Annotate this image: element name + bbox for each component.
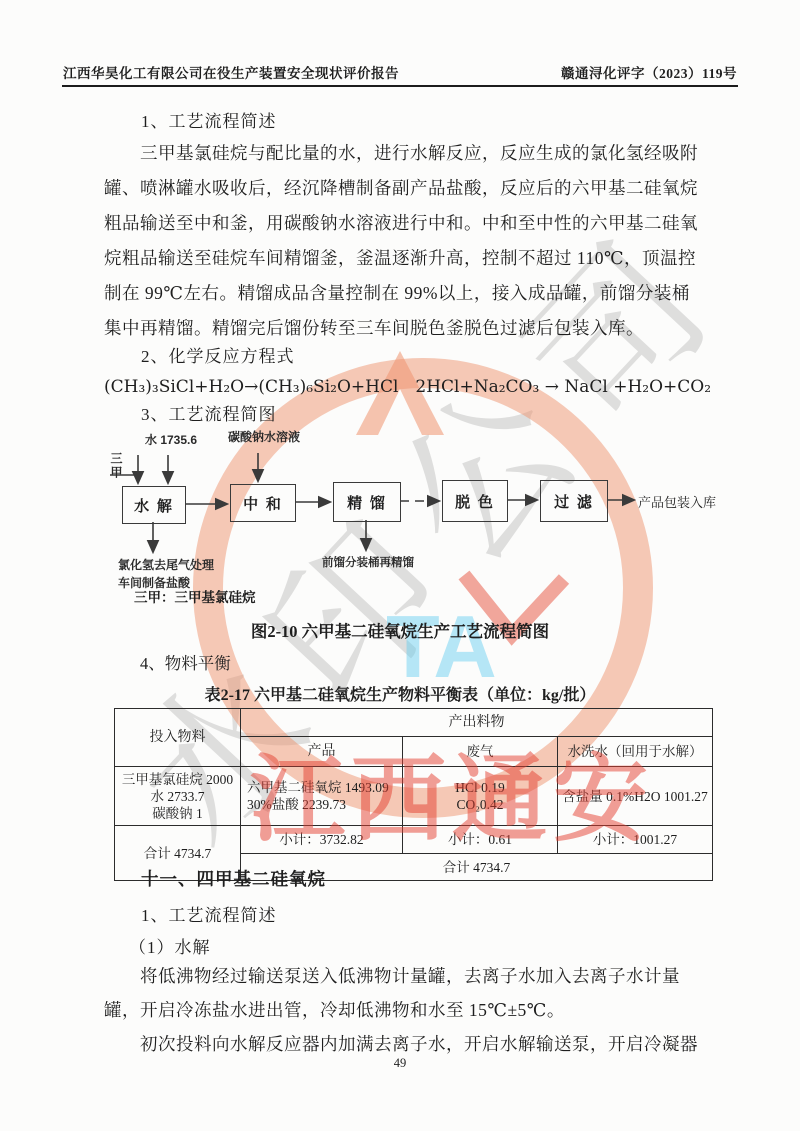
offgas-line: CO₂0.42: [406, 796, 554, 813]
product-line: 30%盐酸 2239.73: [247, 796, 399, 813]
flow-output-label: 产品包装入库: [638, 492, 716, 511]
figure-caption: 图2-10 六甲基二硅氧烷生产工艺流程简图: [0, 618, 800, 642]
flow-box-distillation: 精 馏: [333, 482, 401, 522]
section-2-title: 2、化学反应方程式: [141, 342, 295, 367]
chemical-equation: (CH₃)₃SiCl+H₂O→(CH₃)₆Si₂O+HCl 2HCl+Na₂CO…: [104, 372, 711, 397]
section-4-title: 4、物料平衡: [140, 650, 231, 674]
page-number: 49: [0, 1056, 800, 1071]
input-line: 碳酸钠 1: [118, 805, 237, 822]
header-rule: [62, 85, 738, 87]
material-balance-table: 投入物料 产出料物 产品 废气 水洗水（回用于水解） 三甲基氯硅烷 2000 水…: [114, 708, 713, 881]
table-cell-products: 六甲基二硅氧烷 1493.09 30%盐酸 2239.73: [241, 767, 403, 826]
soda-input-label: 碳酸钠水溶液: [228, 428, 300, 445]
flow-box-neutralization: 中 和: [230, 484, 296, 522]
table-cell-inputs: 三甲基氯硅烷 2000 水 2733.7 碳酸钠 1: [115, 767, 241, 826]
table-header-output: 产出料物: [241, 709, 713, 737]
feed-label: 三甲: [108, 452, 125, 480]
table-cell-washwater: 含盐量 0.1%H2O 1001.27: [558, 767, 713, 826]
process-flow-diagram: 三甲 水 1735.6 碳酸钠水溶液 水 解 中 和 精 馏 脱 色 过 滤 产…: [100, 425, 760, 610]
flow-box-decolorization: 脱 色: [442, 480, 508, 522]
reflux-note: 前馏分装桶再精馏: [322, 554, 414, 570]
paragraph-1-line: 罐、喷淋罐水吸收后，经沉降槽制备副产品盐酸，反应后的六甲基二硅氧烷: [104, 175, 698, 200]
flow-arrows: [100, 425, 760, 610]
section-11-sub1: 1、工艺流程简述: [141, 901, 277, 926]
table-row: 投入物料 产出料物: [115, 709, 713, 737]
table-row: 合计 4734.7 小计：3732.82 小计：0.61 小计：1001.27: [115, 826, 713, 854]
input-line: 水 2733.7: [118, 788, 237, 805]
flow-box-hydrolysis: 水 解: [122, 486, 186, 524]
table-cell-subtotal-product: 小计：3732.82: [241, 826, 403, 854]
paragraph-1-line: 三甲基氯硅烷与配比量的水，进行水解反应，反应生成的氯化氢经吸附: [140, 140, 698, 165]
table-header-product: 产品: [241, 737, 403, 767]
paragraph-2-line: 初次投料向水解反应器内加满去离子水，开启水解输送泵，开启冷凝器: [140, 1031, 698, 1056]
header-right-doc-number: 赣通浔化评字（2023）119号: [561, 62, 737, 82]
table-header-washwater: 水洗水（回用于水解）: [558, 737, 713, 767]
table-cell-offgas: HCl 0.19 CO₂0.42: [403, 767, 558, 826]
paragraph-1-line: 烷粗品输送至硅烷车间精馏釜，釜温逐渐升高，控制不超过 110℃，顶温控: [104, 245, 696, 270]
table-row: 三甲基氯硅烷 2000 水 2733.7 碳酸钠 1 六甲基二硅氧烷 1493.…: [115, 767, 713, 826]
table-header-offgas: 废气: [403, 737, 558, 767]
section-11-sub2: （1）水解: [129, 933, 211, 958]
offgas-line: HCl 0.19: [406, 779, 554, 796]
flow-box-filtration: 过 滤: [540, 480, 608, 522]
paragraph-2-line: 罐，开启冷冻盐水进出管，冷却低沸物和水至 15℃±5℃。: [104, 997, 565, 1022]
paragraph-1-line: 集中再精馏。精馏完后馏份转至三车间脱色釜脱色过滤后包装入库。: [104, 315, 644, 340]
offgas-note-line1: 氯化氢去尾气处理: [118, 556, 214, 573]
water-input-label: 水 1735.6: [145, 431, 197, 448]
paragraph-1-line: 粗品输送至中和釜，用碳酸钠水溶液进行中和。中和至中性的六甲基二硅氧: [104, 210, 698, 235]
table-caption: 表2-17 六甲基二硅氧烷生产物料平衡表（单位：kg/批）: [0, 682, 800, 705]
paragraph-1-line: 制在 99℃左右。精馏成品含量控制在 99%以上，接入成品罐，前馏分装桶: [104, 280, 690, 305]
table-cell-subtotal-washwater: 小计：1001.27: [558, 826, 713, 854]
input-line: 三甲基氯硅烷 2000: [118, 771, 237, 788]
section-11-title: 十一、四甲基二硅氧烷: [141, 866, 326, 891]
table-cell-subtotal-offgas: 小计：0.61: [403, 826, 558, 854]
header-left-title: 江西华昊化工有限公司在役生产装置安全现状评价报告: [63, 62, 399, 82]
diagram-legend: 三甲：三甲基氯硅烷: [134, 586, 256, 606]
table-header-input: 投入物料: [115, 709, 241, 767]
section-1-title: 1、工艺流程简述: [141, 107, 277, 132]
section-3-title: 3、工艺流程简图: [141, 400, 277, 425]
product-line: 六甲基二硅氧烷 1493.09: [247, 779, 399, 796]
paragraph-2-line: 将低沸物经过输送泵送入低沸物计量罐，去离子水加入去离子水计量: [140, 963, 680, 988]
